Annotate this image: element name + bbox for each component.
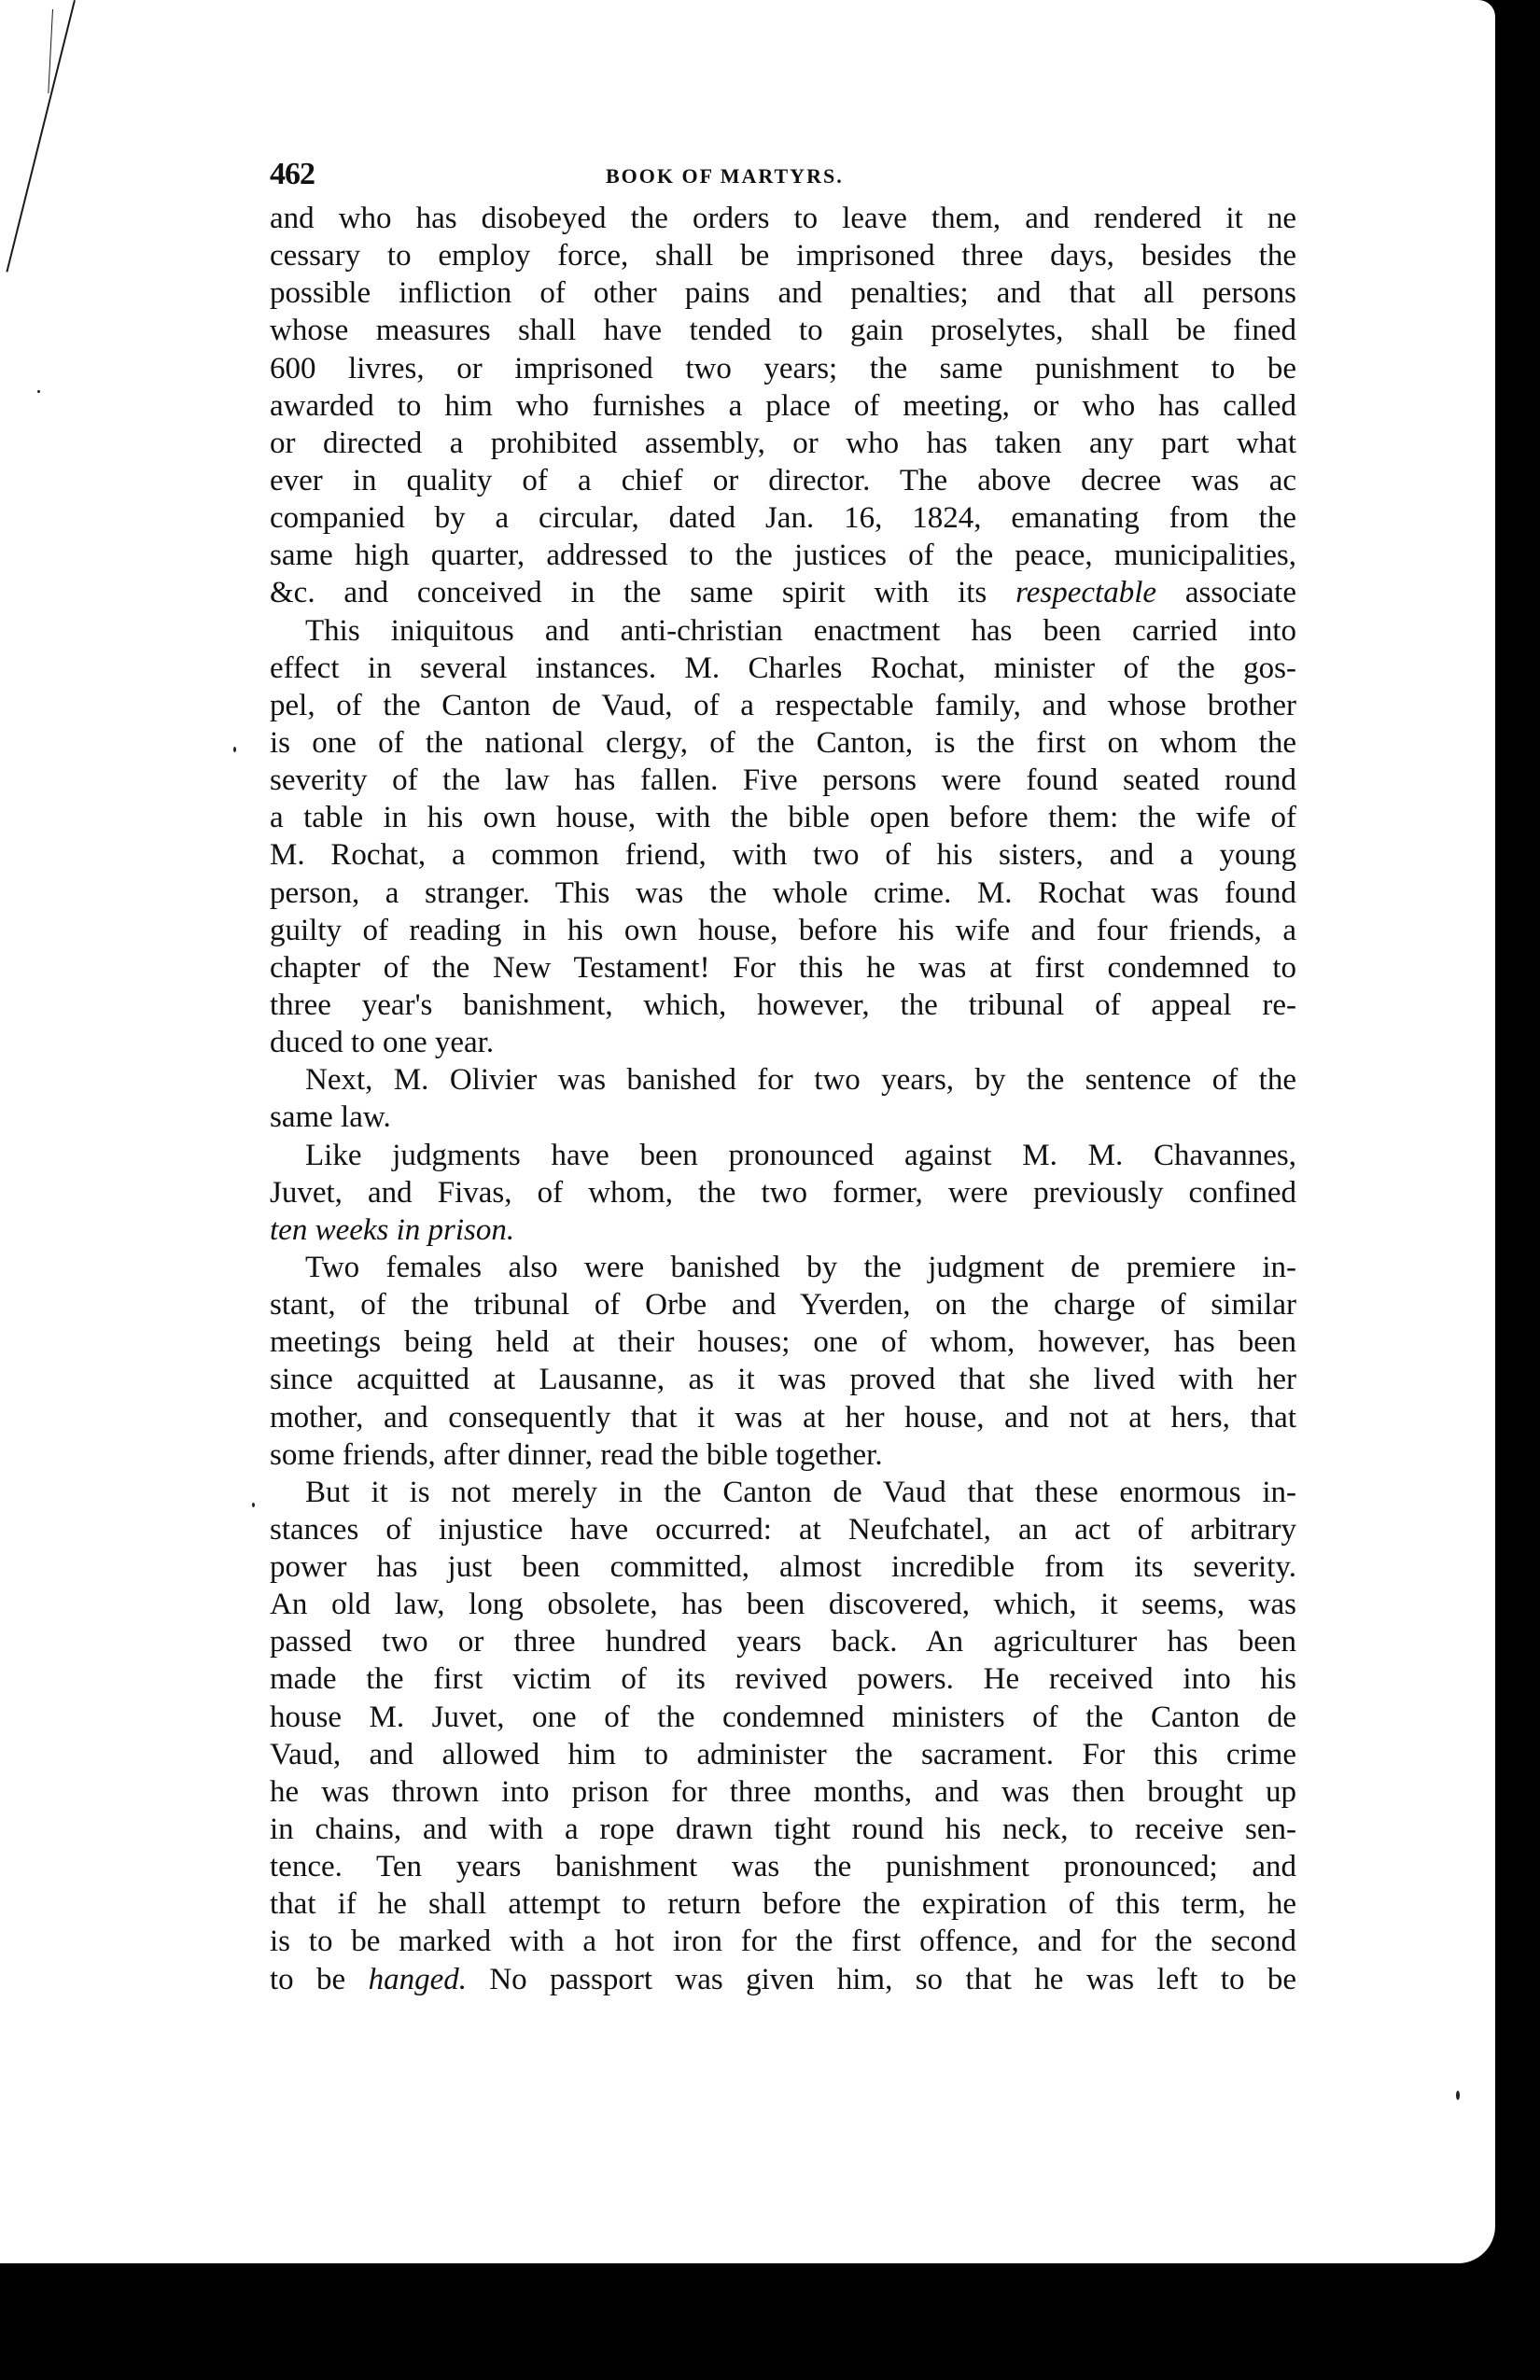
text-run: &c. and conceived in the same spirit wit… xyxy=(270,576,1015,609)
text-run: to be xyxy=(270,1963,369,1996)
text-run: associate xyxy=(1156,576,1296,609)
text-line: &c. and conceived in the same spirit wit… xyxy=(270,574,1296,611)
text-line: same high quarter, addressed to the just… xyxy=(270,537,1296,574)
page-header: 462 BOOK OF MARTYRS. xyxy=(270,157,1296,190)
text-line: is one of the national clergy, of the Ca… xyxy=(270,724,1296,762)
text-line: Like judgments have been pronounced agai… xyxy=(270,1137,1296,1174)
scanned-book-page: 462 BOOK OF MARTYRS. and who has disobey… xyxy=(0,0,1495,2263)
text-line: he was thrown into prison for three mont… xyxy=(270,1773,1296,1811)
text-line: in chains, and with a rope drawn tight r… xyxy=(270,1811,1296,1848)
text-line: house M. Juvet, one of the condemned min… xyxy=(270,1699,1296,1736)
paragraph: and who has disobeyed the orders to leav… xyxy=(270,200,1296,612)
text-line: chapter of the New Testament! For this h… xyxy=(270,949,1296,987)
text-line: meetings being held at their houses; one… xyxy=(270,1323,1296,1361)
body-text: and who has disobeyed the orders to leav… xyxy=(270,200,1296,1998)
scan-speck xyxy=(252,1503,255,1507)
text-line: made the first victim of its revived pow… xyxy=(270,1660,1296,1698)
text-line: mother, and consequently that it was at … xyxy=(270,1399,1296,1436)
page-number: 462 xyxy=(270,157,315,192)
text-run: No passport was given him, so that he wa… xyxy=(467,1963,1296,1996)
text-line: person, a stranger. This was the whole c… xyxy=(270,875,1296,912)
text-line: tence. Ten years banishment was the puni… xyxy=(270,1848,1296,1885)
text-line: awarded to him who furnishes a place of … xyxy=(270,387,1296,425)
text-line: M. Rochat, a common friend, with two of … xyxy=(270,836,1296,874)
margin-pencil-line xyxy=(6,0,76,273)
text-line: that if he shall attempt to return befor… xyxy=(270,1885,1296,1923)
text-line: Vaud, and allowed him to administer the … xyxy=(270,1736,1296,1773)
text-line: Juvet, and Fivas, of whom, the two forme… xyxy=(270,1174,1296,1211)
paragraph: This iniquitous and anti-christian enact… xyxy=(270,612,1296,1062)
text-line: Next, M. Olivier was banished for two ye… xyxy=(270,1061,1296,1099)
scan-speck xyxy=(233,747,236,752)
text-line: stances of injustice have occurred: at N… xyxy=(270,1511,1296,1548)
scan-speck xyxy=(1456,2091,1460,2100)
text-line: same law. xyxy=(270,1099,1296,1136)
margin-pencil-line xyxy=(48,9,53,93)
paragraph: Like judgments have been pronounced agai… xyxy=(270,1137,1296,1249)
text-line: stant, of the tribunal of Orbe and Yverd… xyxy=(270,1286,1296,1323)
italic-text-run: respectable xyxy=(1015,576,1156,609)
text-line: This iniquitous and anti-christian enact… xyxy=(270,612,1296,650)
text-line: whose measures shall have tended to gain… xyxy=(270,312,1296,349)
paragraph: Two females also were banished by the ju… xyxy=(270,1249,1296,1474)
text-line: 600 livres, or imprisoned two years; the… xyxy=(270,350,1296,387)
text-line: is to be marked with a hot iron for the … xyxy=(270,1923,1296,1960)
text-line: severity of the law has fallen. Five per… xyxy=(270,762,1296,799)
text-line: since acquitted at Lausanne, as it was p… xyxy=(270,1361,1296,1398)
text-line: An old law, long obsolete, has been disc… xyxy=(270,1586,1296,1623)
italic-text-run: hanged. xyxy=(369,1963,467,1996)
text-line: some friends, after dinner, read the bib… xyxy=(270,1436,1296,1474)
text-line: possible infliction of other pains and p… xyxy=(270,274,1296,312)
text-line: pel, of the Canton de Vaud, of a respect… xyxy=(270,687,1296,724)
text-line: power has just been committed, almost in… xyxy=(270,1548,1296,1586)
paragraph: But it is not merely in the Canton de Va… xyxy=(270,1474,1296,1998)
text-line: effect in several instances. M. Charles … xyxy=(270,650,1296,687)
text-line: three year's banishment, which, however,… xyxy=(270,987,1296,1024)
running-head: BOOK OF MARTYRS. xyxy=(606,164,844,189)
text-line: or directed a prohibited assembly, or wh… xyxy=(270,425,1296,462)
text-line: cessary to employ force, shall be impris… xyxy=(270,237,1296,274)
text-line: to be hanged. No passport was given him,… xyxy=(270,1961,1296,1998)
paragraph: Next, M. Olivier was banished for two ye… xyxy=(270,1061,1296,1136)
text-line: But it is not merely in the Canton de Va… xyxy=(270,1474,1296,1511)
text-line: ever in quality of a chief or director. … xyxy=(270,462,1296,499)
scan-speck xyxy=(37,390,40,393)
italic-text-line: ten weeks in prison. xyxy=(270,1211,1296,1249)
text-line: guilty of reading in his own house, befo… xyxy=(270,912,1296,949)
text-line: companied by a circular, dated Jan. 16, … xyxy=(270,499,1296,537)
text-line: Two females also were banished by the ju… xyxy=(270,1249,1296,1286)
text-line: duced to one year. xyxy=(270,1024,1296,1061)
text-line: a table in his own house, with the bible… xyxy=(270,799,1296,836)
text-line: and who has disobeyed the orders to leav… xyxy=(270,200,1296,237)
text-line: passed two or three hundred years back. … xyxy=(270,1623,1296,1660)
